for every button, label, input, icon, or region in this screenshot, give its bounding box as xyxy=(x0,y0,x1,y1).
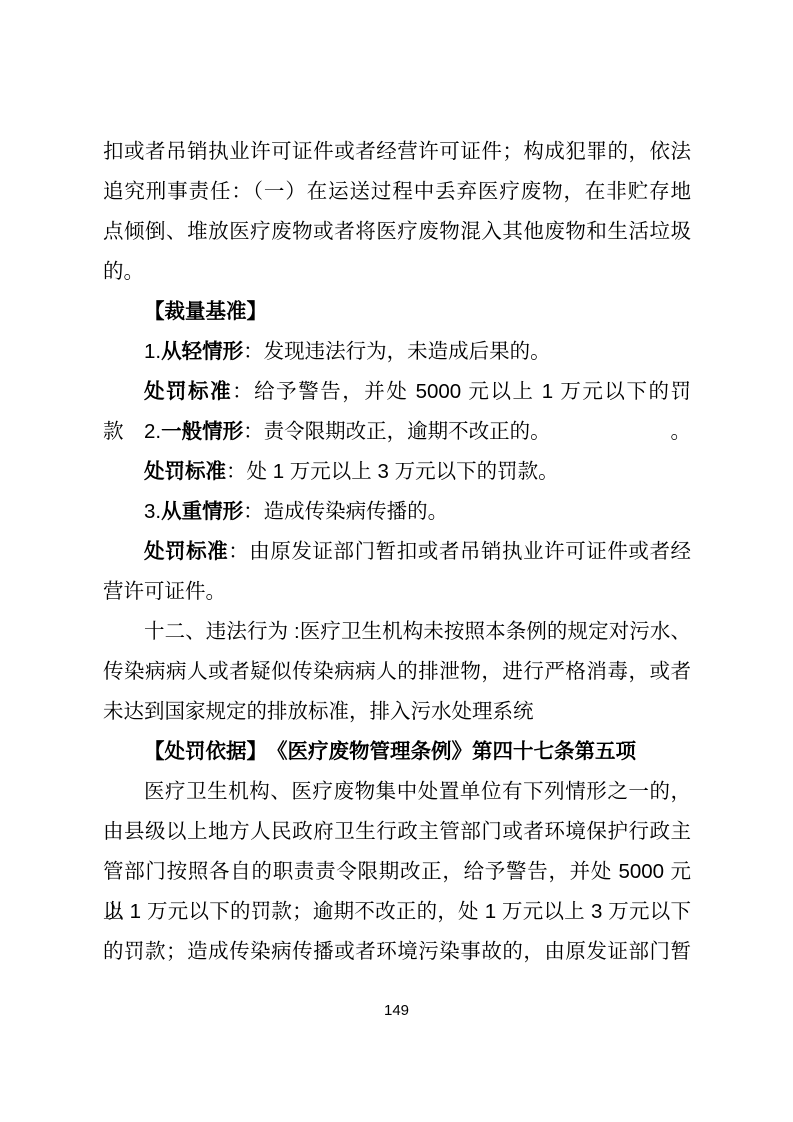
text-run: 营许可证件。 xyxy=(103,580,226,603)
text-run: 的罚款；造成传染病传播或者环境污染事故的，由原发证部门暂 xyxy=(103,940,691,963)
text-run: ：责令限期改正，逾期不改正的。 xyxy=(243,420,551,443)
text-run: 传染病病人或者疑似传染病病人的排泄物，进行严格消毒，或者 xyxy=(103,660,691,683)
text-line: 处罚标准：给予警告，并处 5000 元以上 1 万元以下的罚款。 xyxy=(103,372,691,412)
text-run: 由县级以上地方人民政府卫生行政主管部门或者环境保护行政主 xyxy=(103,820,691,843)
p-violation-12: 十二、违法行为 :医疗卫生机构未按照本条例的规定对污水、传染病病人或者疑似传染病… xyxy=(103,612,691,732)
p-penalty-standard-3: 处罚标准：由原发证部门暂扣或者吊销执业许可证件或者经营许可证件。 xyxy=(103,532,691,612)
text-line: 十二、违法行为 :医疗卫生机构未按照本条例的规定对污水、 xyxy=(103,612,691,652)
bold-text-run: 【处罚依据】 《医疗废物管理条例》第四十七条第五项 xyxy=(144,740,636,763)
text-line: 管部门按照各自的职责责令限期改正，给予警告，并处 5000 元以 xyxy=(103,852,691,892)
text-run: 2. xyxy=(144,420,161,443)
text-line: 的罚款；造成传染病传播或者环境污染事故的，由原发证部门暂 xyxy=(103,932,691,972)
bold-text-run: 处罚标准 xyxy=(144,380,232,403)
text-line: 处罚标准：由原发证部门暂扣或者吊销执业许可证件或者经 xyxy=(103,532,691,572)
text-line: 未达到国家规定的排放标准，排入污水处理系统 xyxy=(103,692,691,732)
p-penalty-standard-2: 处罚标准：处 1 万元以上 3 万元以下的罚款。 xyxy=(103,452,691,492)
p-heading-discretion-benchmark: 【裁量基准】 xyxy=(103,292,691,332)
bold-text-run: 处罚标准 xyxy=(144,460,226,483)
bold-text-run: 从重情形 xyxy=(161,500,243,523)
text-run: ：发现违法行为，未造成后果的。 xyxy=(243,340,551,363)
text-run: 的。 xyxy=(103,260,144,283)
text-line: 3.从重情形：造成传染病传播的。 xyxy=(103,492,691,532)
bold-text-run: 从轻情形 xyxy=(161,340,243,363)
p-continuation-text: 扣或者吊销执业许可证件或者经营许可证件；构成犯罪的，依法追究刑事责任：（一）在运… xyxy=(103,132,691,292)
bold-text-run: 【裁量基准】 xyxy=(144,300,267,323)
text-line: 【处罚依据】 《医疗废物管理条例》第四十七条第五项 xyxy=(103,732,691,772)
p-penalty-provision-text: 医疗卫生机构、医疗废物集中处置单位有下列情形之一的，由县级以上地方人民政府卫生行… xyxy=(103,772,691,972)
text-line: 1.从轻情形：发现违法行为，未造成后果的。 xyxy=(103,332,691,372)
p-heading-penalty-basis: 【处罚依据】 《医疗废物管理条例》第四十七条第五项 xyxy=(103,732,691,772)
text-run: ：由原发证部门暂扣或者吊销执业许可证件或者经 xyxy=(228,540,691,563)
text-line: 由县级以上地方人民政府卫生行政主管部门或者环境保护行政主 xyxy=(103,812,691,852)
text-line: 扣或者吊销执业许可证件或者经营许可证件；构成犯罪的，依法 xyxy=(103,132,691,172)
text-run: 医疗卫生机构、医疗废物集中处置单位有下列情形之一的， xyxy=(144,780,691,803)
text-run: 追究刑事责任：（一）在运送过程中丢弃医疗废物，在非贮存地 xyxy=(103,180,691,203)
bold-text-run: 一般情形 xyxy=(161,420,243,443)
text-run: 扣或者吊销执业许可证件或者经营许可证件；构成犯罪的，依法 xyxy=(103,140,691,163)
text-run: 1. xyxy=(144,340,161,363)
text-run: ：处 1 万元以上 3 万元以下的罚款。 xyxy=(226,460,559,483)
text-line: 医疗卫生机构、医疗废物集中处置单位有下列情形之一的， xyxy=(103,772,691,812)
text-run: 十二、违法行为 :医疗卫生机构未按照本条例的规定对污水、 xyxy=(144,620,691,643)
page-number: 149 xyxy=(0,1001,793,1021)
text-line: 点倾倒、堆放医疗废物或者将医疗废物混入其他废物和生活垃圾 xyxy=(103,212,691,252)
p-item-1-light-circumstance: 1.从轻情形：发现违法行为，未造成后果的。 xyxy=(103,332,691,372)
p-penalty-standard-1: 处罚标准：给予警告，并处 5000 元以上 1 万元以下的罚款。 xyxy=(103,372,691,412)
document-body: 扣或者吊销执业许可证件或者经营许可证件；构成犯罪的，依法追究刑事责任：（一）在运… xyxy=(103,132,691,972)
text-line: 追究刑事责任：（一）在运送过程中丢弃医疗废物，在非贮存地 xyxy=(103,172,691,212)
text-run: 上 1 万元以下的罚款；逾期不改正的，处 1 万元以上 3 万元以下 xyxy=(103,900,691,923)
p-item-3-severe-circumstance: 3.从重情形：造成传染病传播的。 xyxy=(103,492,691,532)
text-line: 处罚标准：处 1 万元以上 3 万元以下的罚款。 xyxy=(103,452,691,492)
text-run: ：造成传染病传播的。 xyxy=(243,500,448,523)
text-line: 的。 xyxy=(103,252,691,292)
text-line: 传染病病人或者疑似传染病病人的排泄物，进行严格消毒，或者 xyxy=(103,652,691,692)
text-run: 未达到国家规定的排放标准，排入污水处理系统 xyxy=(103,700,534,723)
text-line: 营许可证件。 xyxy=(103,572,691,612)
text-run: 点倾倒、堆放医疗废物或者将医疗废物混入其他废物和生活垃圾 xyxy=(103,220,691,243)
text-line: 【裁量基准】 xyxy=(103,292,691,332)
text-run: 3. xyxy=(144,500,161,523)
bold-text-run: 处罚标准 xyxy=(144,540,228,563)
text-line: 上 1 万元以下的罚款；逾期不改正的，处 1 万元以上 3 万元以下 xyxy=(103,892,691,932)
